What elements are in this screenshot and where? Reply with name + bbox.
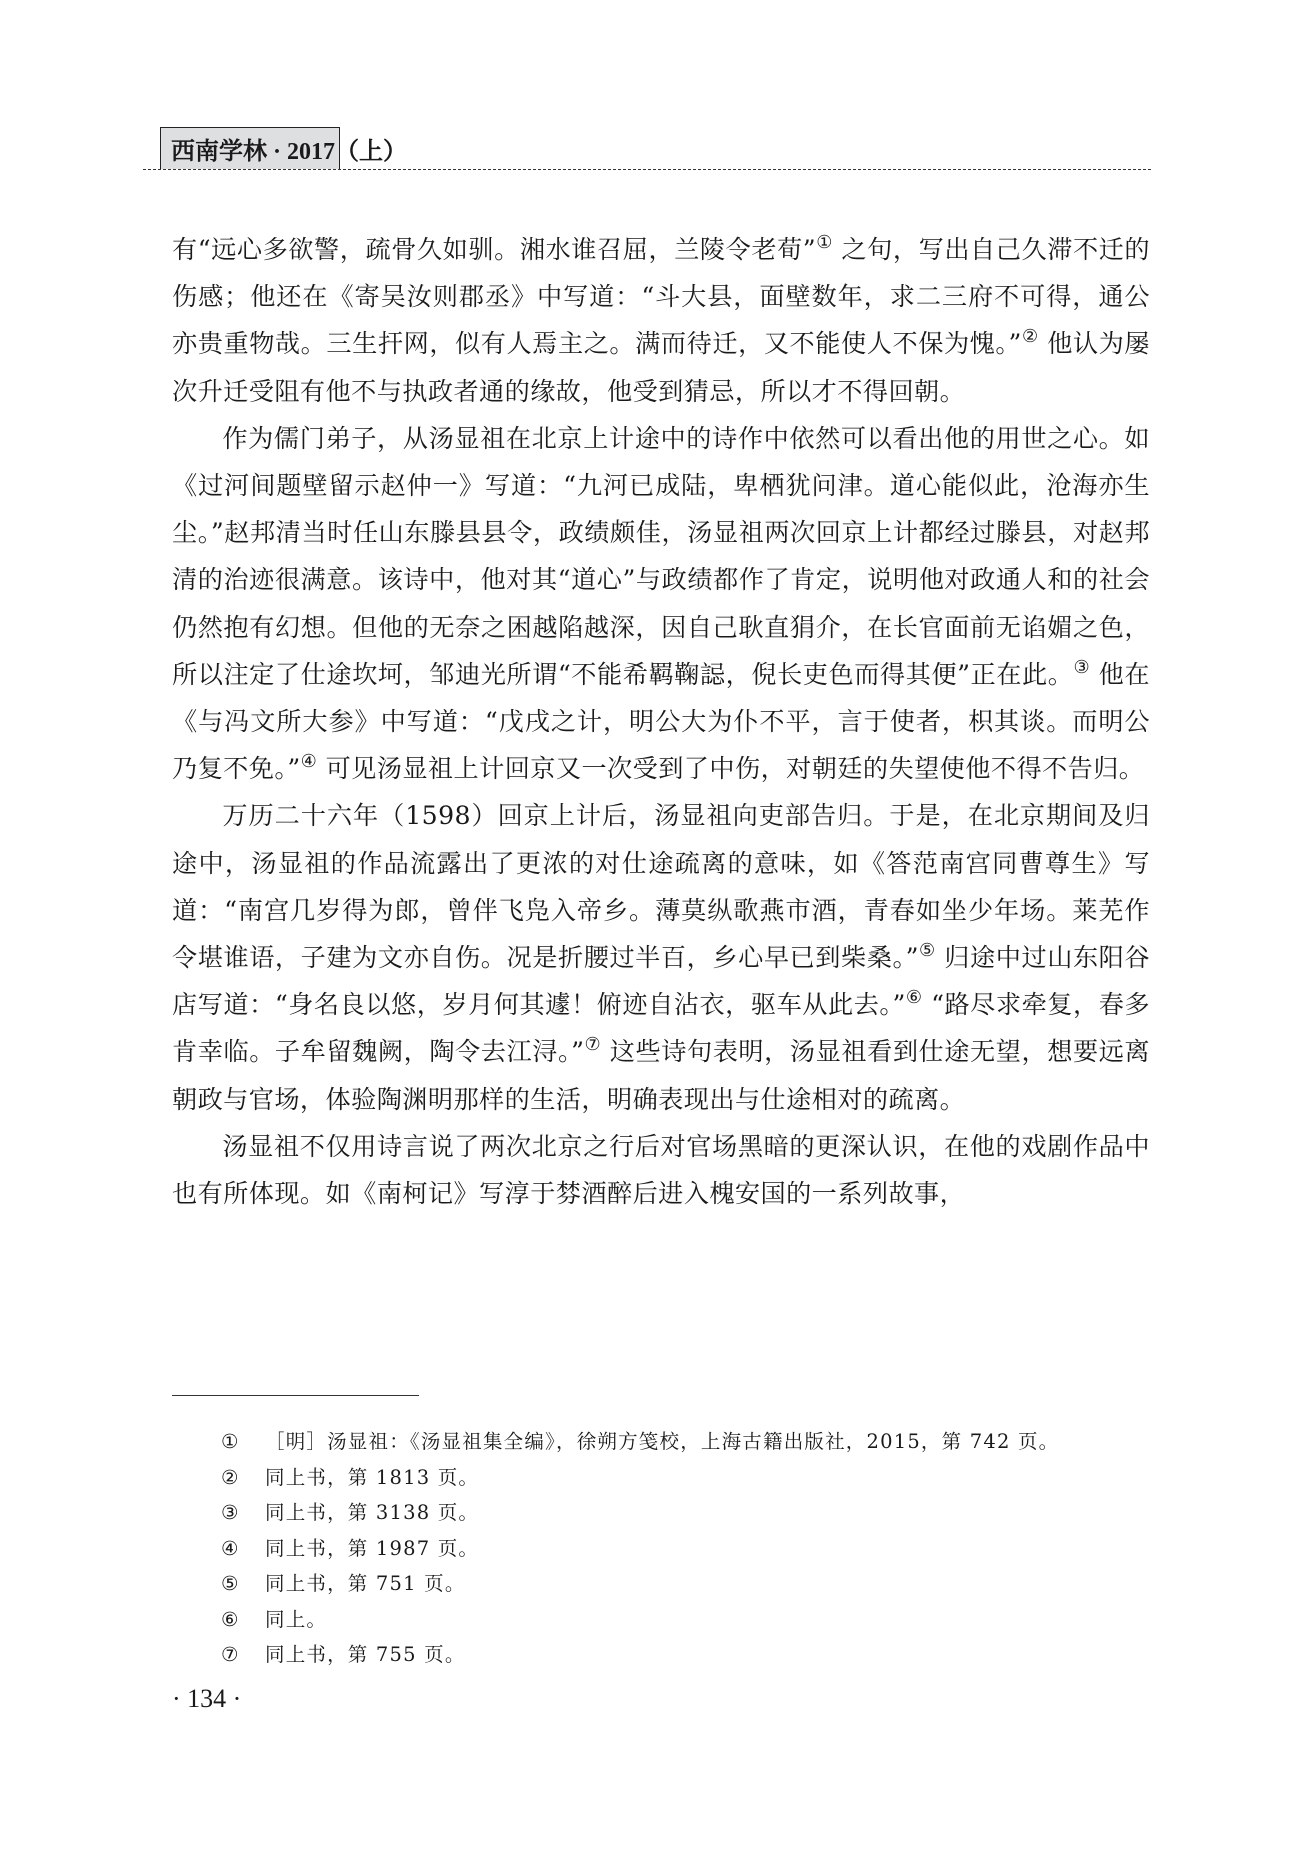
paragraph: 汤显祖不仅用诗言说了两次北京之行后对官场黑暗的更深认识，在他的戏剧作品中也有所体… bbox=[172, 1123, 1150, 1217]
footnote-mark: ⑥ bbox=[221, 1602, 265, 1638]
header-dashed-rule bbox=[143, 169, 1151, 170]
footnote-ref-7[interactable]: ⑦ bbox=[584, 1035, 601, 1056]
footnote-4: ④ 同上书，第 1987 页。 bbox=[221, 1531, 1151, 1567]
footnote-5: ⑤ 同上书，第 751 页。 bbox=[221, 1566, 1151, 1602]
journal-title: 西南学林 · 2017（上） bbox=[171, 131, 407, 166]
footnote-ref-4[interactable]: ④ bbox=[301, 751, 318, 772]
footnote-text: 同上书，第 3138 页。 bbox=[265, 1495, 479, 1531]
footnote-6: ⑥ 同上。 bbox=[221, 1602, 1151, 1638]
text-run: 作为儒门弟子，从汤显祖在北京上计途中的诗作中依然可以看出他的用世之心。如《过河间… bbox=[172, 424, 1150, 689]
footnotes: ① ［明］汤显祖：《汤显祖集全编》，徐朔方笺校，上海古籍出版社，2015，第 7… bbox=[221, 1424, 1151, 1673]
footnote-mark: ② bbox=[221, 1460, 265, 1496]
footnote-mark: ⑦ bbox=[221, 1637, 265, 1673]
footnote-ref-6[interactable]: ⑥ bbox=[906, 987, 923, 1008]
footnote-mark: ③ bbox=[221, 1495, 265, 1531]
footnote-text: 同上书，第 1813 页。 bbox=[265, 1460, 479, 1496]
footnote-mark: ⑤ bbox=[221, 1566, 265, 1602]
footnote-ref-2[interactable]: ② bbox=[1022, 327, 1039, 348]
paragraph: 作为儒门弟子，从汤显祖在北京上计途中的诗作中依然可以看出他的用世之心。如《过河间… bbox=[172, 415, 1150, 793]
text-run: 有“远心多欲警，疏骨久如驯。湘水谁召屈，兰陵令老荀” bbox=[172, 235, 816, 264]
footnote-text: 同上书，第 751 页。 bbox=[265, 1566, 466, 1602]
article-body: 有“远心多欲警，疏骨久如驯。湘水谁召屈，兰陵令老荀”① 之句，写出自己久滞不迁的… bbox=[172, 226, 1150, 1217]
running-header: 西南学林 · 2017（上） bbox=[160, 127, 340, 169]
footnote-separator bbox=[172, 1395, 419, 1396]
footnote-mark: ④ bbox=[221, 1531, 265, 1567]
footnote-text: 同上书，第 755 页。 bbox=[265, 1637, 466, 1673]
footnote-ref-5[interactable]: ⑤ bbox=[919, 940, 936, 961]
footnote-text: 同上书，第 1987 页。 bbox=[265, 1531, 479, 1567]
footnote-mark: ① bbox=[221, 1424, 265, 1460]
text-run: 汤显祖不仅用诗言说了两次北京之行后对官场黑暗的更深认识，在他的戏剧作品中也有所体… bbox=[172, 1132, 1150, 1208]
footnote-text: ［明］汤显祖：《汤显祖集全编》，徐朔方笺校，上海古籍出版社，2015，第 742… bbox=[265, 1424, 1059, 1460]
footnote-ref-1[interactable]: ① bbox=[816, 232, 833, 253]
footnote-text: 同上。 bbox=[265, 1602, 327, 1638]
paragraph: 万历二十六年（1598）回京上计后，汤显祖向吏部告归。于是，在北京期间及归途中，… bbox=[172, 792, 1150, 1122]
page-number: · 134 · bbox=[172, 1684, 241, 1714]
footnote-3: ③ 同上书，第 3138 页。 bbox=[221, 1495, 1151, 1531]
paragraph: 有“远心多欲警，疏骨久如驯。湘水谁召屈，兰陵令老荀”① 之句，写出自己久滞不迁的… bbox=[172, 226, 1150, 415]
footnote-2: ② 同上书，第 1813 页。 bbox=[221, 1460, 1151, 1496]
footnote-1: ① ［明］汤显祖：《汤显祖集全编》，徐朔方笺校，上海古籍出版社，2015，第 7… bbox=[221, 1424, 1151, 1460]
footnote-ref-3[interactable]: ③ bbox=[1073, 657, 1090, 678]
text-run: 可见汤显祖上计回京又一次受到了中伤，对朝廷的失望使他不得不告归。 bbox=[317, 754, 1144, 783]
footnote-7: ⑦ 同上书，第 755 页。 bbox=[221, 1637, 1151, 1673]
